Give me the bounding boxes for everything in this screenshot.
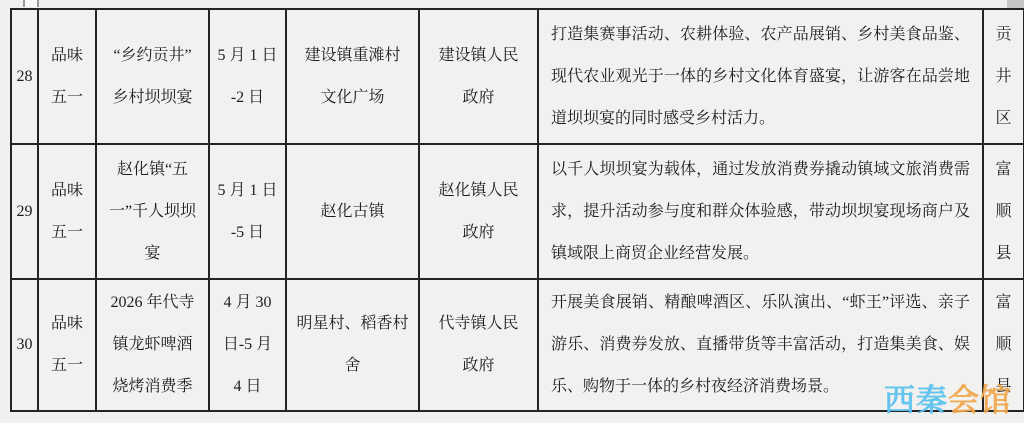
- region-cell: 贡 井 区: [983, 9, 1024, 144]
- organizer-cell: 赵化镇人民 政府: [419, 144, 538, 279]
- date-cell: 5 月 1 日 -5 日: [209, 144, 286, 279]
- description-cell: 打造集赛事活动、农耕体验、农产品展销、乡村美食品鉴、现代农业观光于一体的乡村文化…: [538, 9, 983, 144]
- event-name-cell: 2026 年代寺 镇龙虾啤酒 烧烤消费季: [96, 279, 209, 411]
- page-edge-notch-artifact: [23, 0, 39, 7]
- table-row: 28 品味 五一 “乡约贡井” 乡村坝坝宴 5 月 1 日 -2 日 建设镇重滩…: [11, 9, 1024, 144]
- events-schedule-table: 28 品味 五一 “乡约贡井” 乡村坝坝宴 5 月 1 日 -2 日 建设镇重滩…: [10, 8, 1024, 412]
- watermark-text-orange: 会馆: [948, 383, 1012, 418]
- region-cell: 富 顺 县: [983, 144, 1024, 279]
- date-cell: 4 月 30 日-5 月 4 日: [209, 279, 286, 411]
- description-cell: 以千人坝坝宴为载体，通过发放消费券撬动镇域文旅消费需求，提升活动参与度和群众体验…: [538, 144, 983, 279]
- date-cell: 5 月 1 日 -2 日: [209, 9, 286, 144]
- row-number-cell: 30: [11, 279, 38, 411]
- venue-cell: 建设镇重滩村 文化广场: [286, 9, 419, 144]
- table-row: 29 品味 五一 赵化镇“五 一”千人坝坝 宴 5 月 1 日 -5 日 赵化古…: [11, 144, 1024, 279]
- watermark-text-blue: 西秦: [884, 383, 948, 418]
- category-cell: 品味 五一: [38, 144, 96, 279]
- event-name-cell: “乡约贡井” 乡村坝坝宴: [96, 9, 209, 144]
- event-name-cell: 赵化镇“五 一”千人坝坝 宴: [96, 144, 209, 279]
- organizer-cell: 代寺镇人民 政府: [419, 279, 538, 411]
- table-row: 30 品味 五一 2026 年代寺 镇龙虾啤酒 烧烤消费季 4 月 30 日-5…: [11, 279, 1024, 411]
- venue-cell: 明星村、稻香村 舍: [286, 279, 419, 411]
- category-cell: 品味 五一: [38, 279, 96, 411]
- category-cell: 品味 五一: [38, 9, 96, 144]
- site-watermark: 西秦会馆: [884, 385, 1012, 416]
- venue-cell: 赵化古镇: [286, 144, 419, 279]
- row-number-cell: 29: [11, 144, 38, 279]
- row-number-cell: 28: [11, 9, 38, 144]
- organizer-cell: 建设镇人民 政府: [419, 9, 538, 144]
